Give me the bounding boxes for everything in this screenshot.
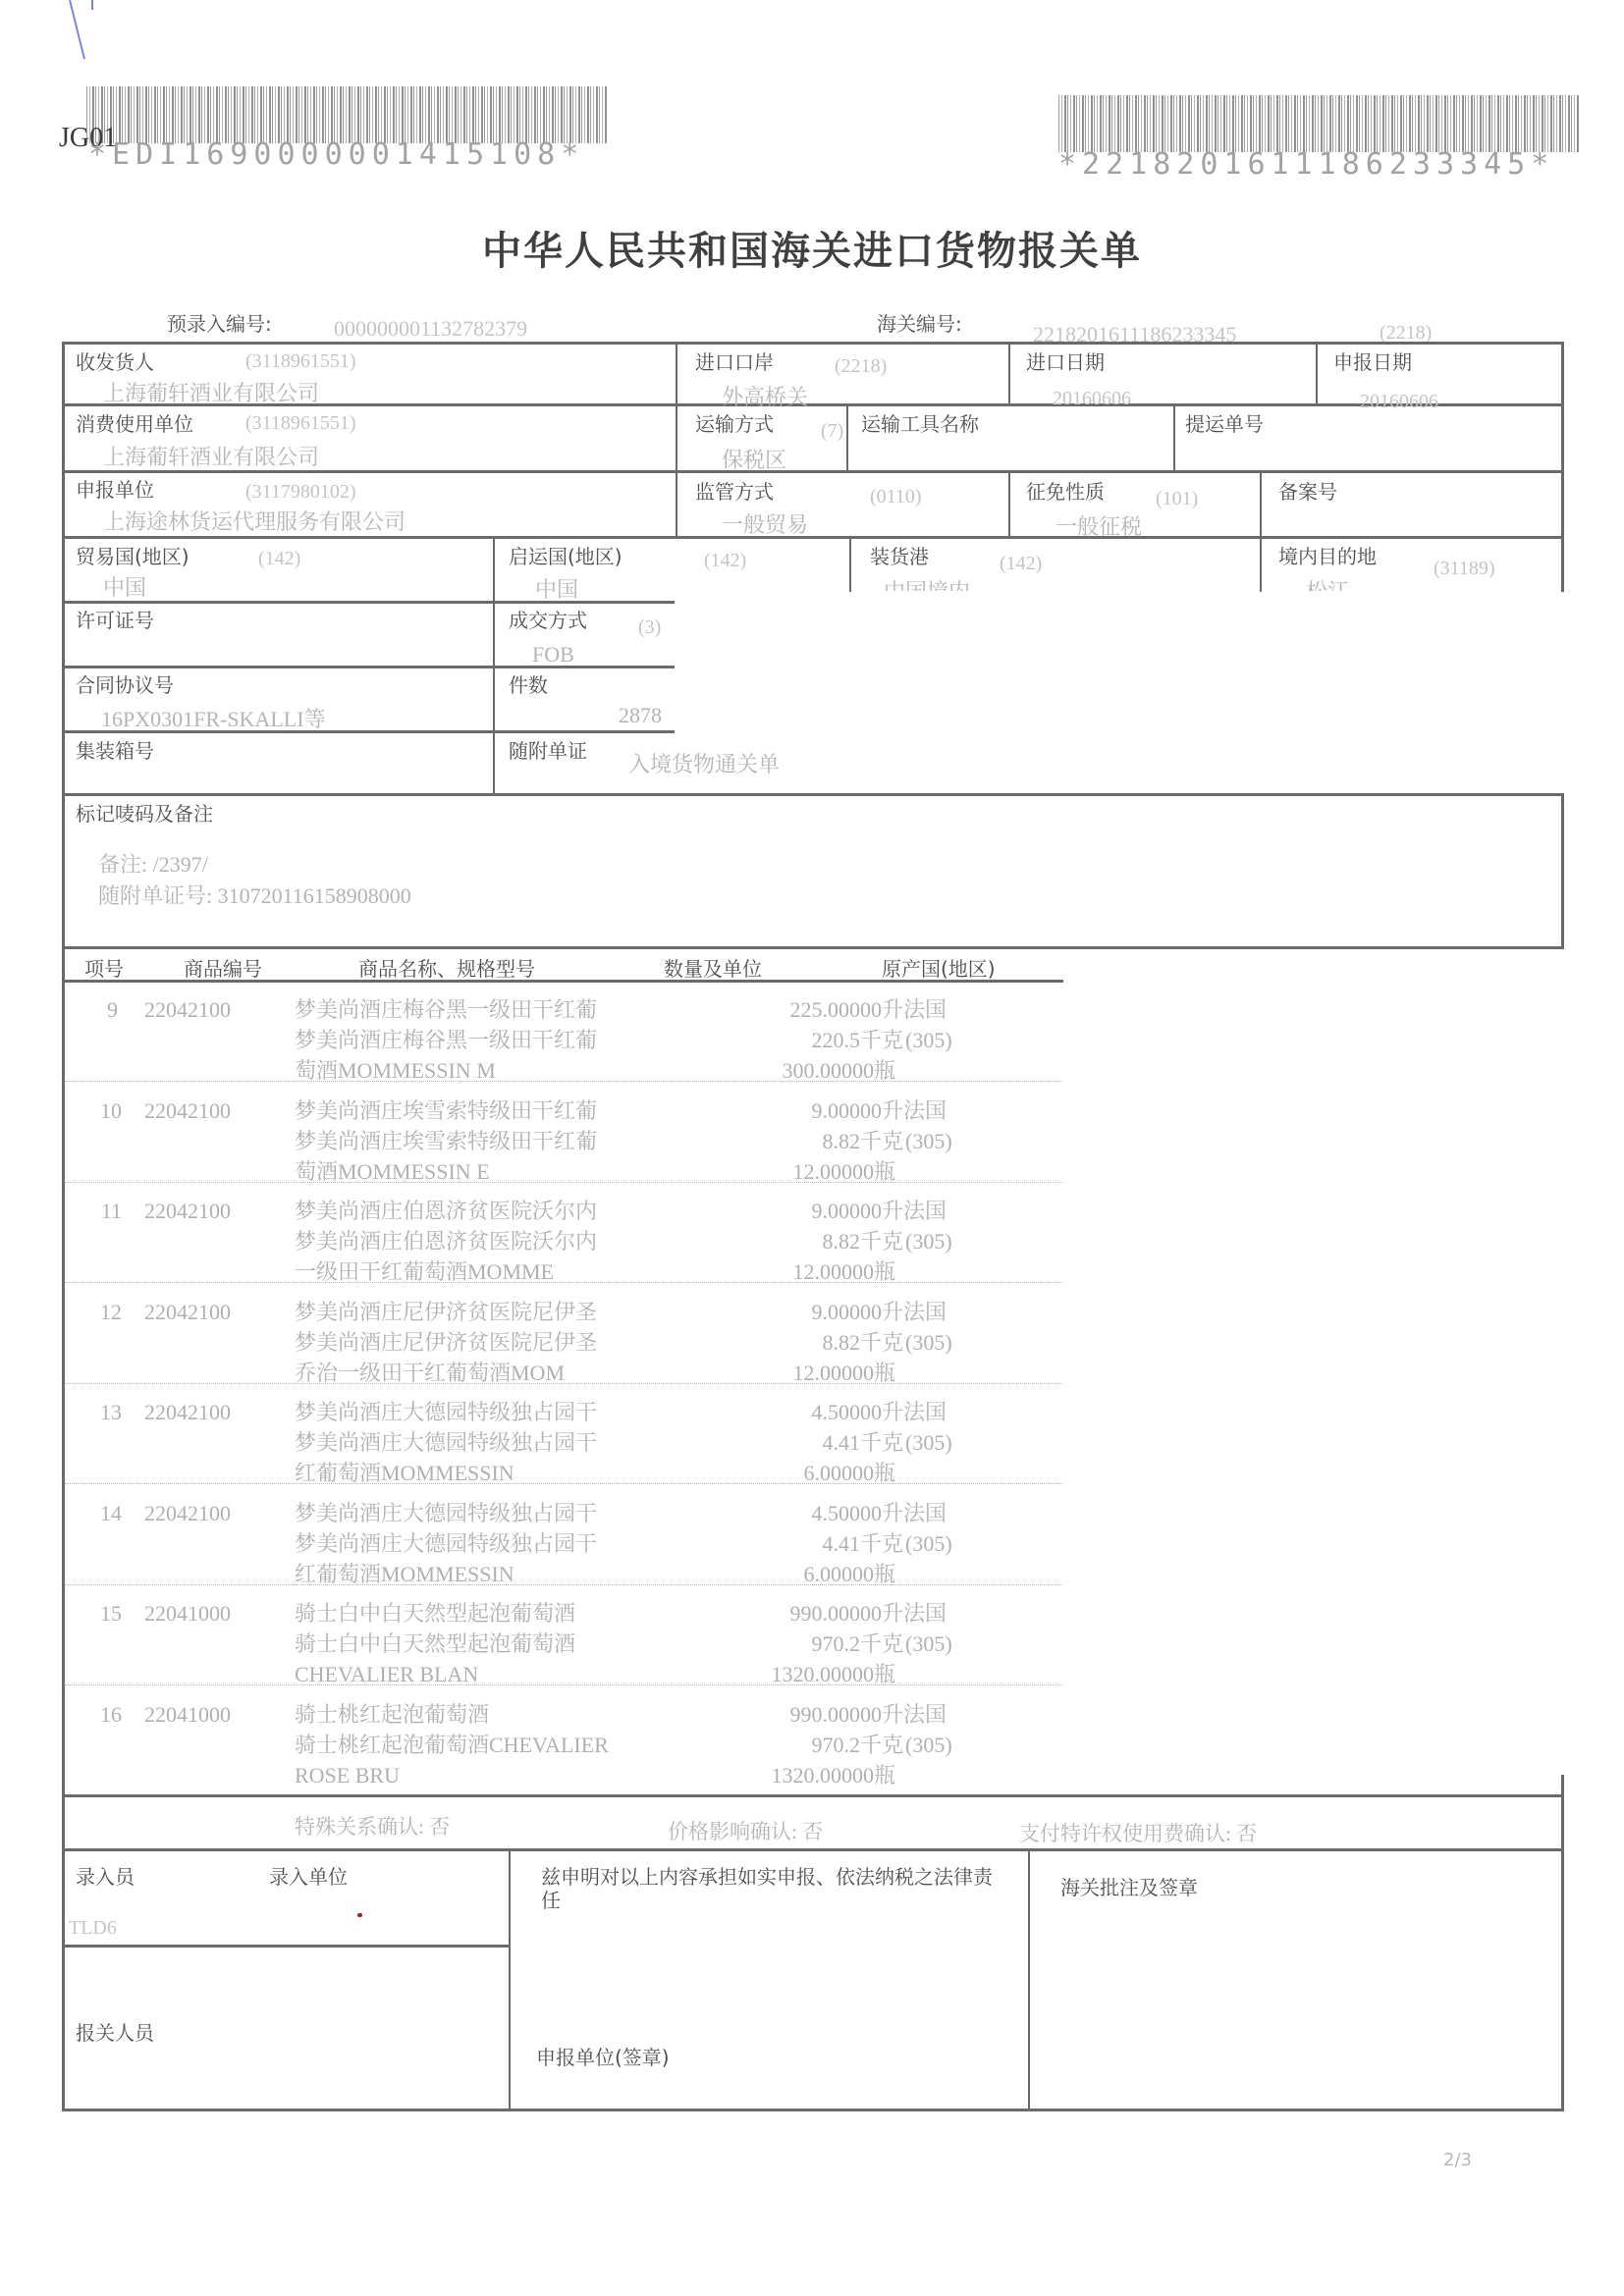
item-name-line: 梦美尚酒庄伯恩济贫医院沃尔内 — [295, 1226, 597, 1256]
destination-label: 境内目的地 — [1278, 541, 1377, 569]
item-origin: 法国 — [903, 1196, 947, 1226]
table-row: 1022042100梦美尚酒庄埃雪索特级田干红葡梦美尚酒庄埃雪索特级田干红葡萄酒… — [0, 1095, 1624, 1194]
item-quantity: 4.41千克 — [822, 1528, 903, 1559]
row-separator — [65, 1483, 1062, 1484]
item-name-line: 梦美尚酒庄尼伊济贫医院尼伊圣 — [295, 1297, 597, 1327]
barcode-right — [1058, 95, 1579, 152]
loading-port-code: (142) — [1000, 553, 1042, 575]
item-quantity: 225.00000升 — [789, 994, 903, 1025]
loading-port-value-clip: 中国境内 — [884, 579, 1080, 591]
item-hs-code: 22042100 — [144, 1095, 231, 1126]
pre-entry-value: 000000001132782379 — [334, 316, 527, 342]
item-origin: 法国 — [903, 1397, 947, 1427]
item-hs-code: 22042100 — [144, 1196, 231, 1226]
packages-value: 2878 — [619, 703, 662, 727]
page-number: 2/3 — [1443, 2150, 1472, 2170]
table-row: 1622041000骑士桃红起泡葡萄酒骑士桃红起泡葡萄酒CHEVALIERROS… — [0, 1699, 1624, 1797]
license-no-label: 许可证号 — [76, 605, 154, 633]
item-origin: (305) — [905, 1025, 952, 1055]
customs-no-label: 海关编号: — [877, 308, 962, 337]
item-name-line: 梦美尚酒庄梅谷黑一级田干红葡 — [295, 994, 597, 1025]
border-right-top — [1561, 342, 1564, 592]
consignee-label: 收发货人 — [76, 347, 154, 375]
item-quantity: 970.2千克 — [811, 1629, 903, 1659]
container-no-label: 集装箱号 — [76, 735, 154, 764]
row-separator — [65, 1182, 1062, 1183]
row-separator — [65, 1584, 1062, 1585]
item-origin: (305) — [905, 1226, 952, 1256]
declarant-code: (3117980102) — [245, 481, 356, 504]
packages-value-clip: 2878 — [619, 703, 675, 730]
import-port-value: 外高桥关 — [722, 381, 808, 411]
loading-port-value: 中国境内 — [884, 579, 970, 591]
item-no: 13 — [82, 1397, 122, 1427]
customs-approval-label: 海关批注及签章 — [1060, 1872, 1198, 1900]
consumer-code: (3118961551) — [245, 412, 356, 435]
item-quantity: 970.2千克 — [811, 1730, 903, 1760]
item-name-line: 梦美尚酒庄梅谷黑一级田干红葡 — [295, 1025, 597, 1055]
transport-mode-label: 运输方式 — [695, 408, 774, 437]
rule — [62, 601, 675, 604]
consignee-value: 上海葡轩酒业有限公司 — [103, 377, 319, 407]
rule — [1316, 342, 1318, 403]
declarant-label: 申报单位 — [76, 474, 154, 503]
item-quantity: 990.00000升 — [789, 1598, 903, 1629]
item-name-line: 梦美尚酒庄大德园特级独占园干 — [295, 1498, 597, 1528]
item-hs-code: 22042100 — [144, 994, 231, 1025]
item-no: 14 — [82, 1498, 122, 1528]
trade-country-code: (142) — [258, 548, 300, 570]
item-hs-code: 22042100 — [144, 1397, 231, 1427]
import-date-label: 进口日期 — [1026, 347, 1105, 375]
item-name-line: 梦美尚酒庄大德园特级独占园干 — [295, 1397, 597, 1427]
rule — [62, 793, 1564, 796]
price-influence-confirm: 价格影响确认: 否 — [668, 1816, 823, 1845]
rule — [62, 946, 1564, 949]
import-port-label: 进口口岸 — [695, 347, 774, 375]
row-separator — [65, 1081, 1062, 1082]
destination-value-clip: 松江 — [1306, 579, 1424, 591]
item-name-line: 骑士白中白天然型起泡葡萄酒 — [295, 1629, 575, 1659]
item-quantity: 4.50000升 — [811, 1498, 903, 1528]
vehicle-name-label: 运输工具名称 — [861, 408, 979, 437]
item-quantity: 8.82千克 — [822, 1126, 903, 1156]
loading-port-label: 装货港 — [870, 541, 929, 569]
destination-value: 松江 — [1306, 579, 1349, 591]
rule — [676, 342, 677, 536]
item-origin: (305) — [905, 1327, 952, 1358]
item-hs-code: 22041000 — [144, 1598, 231, 1629]
item-name-line: 骑士桃红起泡葡萄酒CHEVALIER — [295, 1730, 609, 1760]
col-header-name: 商品名称、规格型号 — [358, 953, 535, 982]
col-header-origin: 原产国(地区) — [882, 953, 996, 982]
item-origin: (305) — [905, 1427, 952, 1458]
item-origin: (305) — [905, 1126, 952, 1156]
special-relation-confirm: 特殊关系确认: 否 — [295, 1811, 450, 1841]
rule — [846, 403, 848, 470]
item-no: 10 — [82, 1095, 122, 1126]
item-quantity: 990.00000升 — [789, 1699, 903, 1730]
item-quantity: 8.82千克 — [822, 1327, 903, 1358]
declarant-seal-label: 申报单位(签章) — [536, 2042, 670, 2070]
item-no: 16 — [82, 1699, 122, 1730]
item-name-line: 梦美尚酒庄埃雪索特级田干红葡 — [295, 1095, 597, 1126]
item-quantity: 1320.00000瓶 — [771, 1760, 895, 1790]
rule — [849, 536, 851, 592]
table-row: 1222042100梦美尚酒庄尼伊济贫医院尼伊圣梦美尚酒庄尼伊济贫医院尼伊圣乔治… — [0, 1297, 1624, 1395]
item-hs-code: 22042100 — [144, 1498, 231, 1528]
broker-label: 报关人员 — [76, 2017, 154, 2046]
item-quantity: 4.50000升 — [811, 1397, 903, 1427]
table-row: 1322042100梦美尚酒庄大德园特级独占园干梦美尚酒庄大德园特级独占园干红葡… — [0, 1397, 1624, 1495]
pen-mark — [91, 0, 93, 10]
rule — [1008, 342, 1010, 403]
declare-date-value: 20160606 — [1360, 391, 1438, 413]
entry-clerk-value: TLD6 — [69, 1917, 117, 1940]
supervision-code: (0110) — [870, 486, 922, 508]
item-quantity: 9.00000升 — [811, 1196, 903, 1226]
item-origin: (305) — [905, 1629, 952, 1659]
contract-no-label: 合同协议号 — [76, 669, 174, 698]
item-quantity: 9.00000升 — [811, 1095, 903, 1126]
supervision-label: 监管方式 — [695, 476, 774, 505]
consignee-code: (3118961551) — [245, 350, 356, 373]
col-header-hs: 商品编号 — [184, 953, 262, 982]
item-name-line: 骑士白中白天然型起泡葡萄酒 — [295, 1598, 575, 1629]
rule — [509, 1848, 511, 2109]
rule — [62, 666, 675, 668]
barcode-left — [86, 86, 607, 143]
item-no: 11 — [82, 1196, 122, 1226]
rule — [62, 342, 1564, 345]
item-hs-code: 22042100 — [144, 1297, 231, 1327]
declarant-value: 上海途林货运代理服务有限公司 — [103, 506, 406, 536]
consumer-value: 上海葡轩酒业有限公司 — [103, 441, 319, 471]
pen-mark — [69, 0, 85, 59]
document-title: 中华人民共和国海关进口货物报关单 — [0, 220, 1624, 276]
barcode-left-text: *EDI1690000001415108* — [88, 137, 584, 172]
departure-country-value: 中国 — [535, 573, 578, 604]
rule — [493, 536, 495, 793]
item-origin: 法国 — [903, 1598, 947, 1629]
item-no: 15 — [82, 1598, 122, 1629]
import-port-code: (2218) — [835, 355, 887, 378]
table-row: 1122042100梦美尚酒庄伯恩济贫医院沃尔内梦美尚酒庄伯恩济贫医院沃尔内一级… — [0, 1196, 1624, 1294]
rule — [1028, 1848, 1030, 2109]
item-origin: (305) — [905, 1730, 952, 1760]
pre-entry-label: 预录入编号: — [167, 308, 272, 337]
record-no-label: 备案号 — [1278, 476, 1337, 505]
remarks-line1: 备注: /2397/ — [98, 848, 208, 879]
rule — [62, 536, 1564, 539]
item-quantity: 9.00000升 — [811, 1297, 903, 1327]
row-separator — [65, 1684, 1062, 1685]
consumer-label: 消费使用单位 — [76, 408, 193, 437]
item-name-line: 梦美尚酒庄伯恩济贫医院沃尔内 — [295, 1196, 597, 1226]
rule — [1260, 470, 1262, 536]
item-origin: (305) — [905, 1528, 952, 1559]
item-quantity: 220.5千克 — [811, 1025, 903, 1055]
item-quantity: 8.82千克 — [822, 1226, 903, 1256]
deal-mode-label: 成交方式 — [509, 605, 587, 633]
item-origin: 法国 — [903, 1498, 947, 1528]
item-origin: 法国 — [903, 994, 947, 1025]
bill-no-label: 提运单号 — [1185, 408, 1264, 437]
barcode-right-text: *2218201611186233345* — [1058, 147, 1554, 182]
rule — [62, 2109, 1564, 2111]
remarks-label: 标记唛码及备注 — [76, 798, 213, 827]
deal-mode-code: (3) — [638, 616, 661, 639]
rule — [62, 1945, 509, 1948]
item-origin: 法国 — [903, 1095, 947, 1126]
attached-docs-value: 入境货物通关单 — [628, 748, 780, 778]
departure-country-code: (142) — [704, 550, 746, 572]
supervision-value: 一般贸易 — [722, 508, 808, 539]
col-header-qty: 数量及单位 — [664, 953, 762, 982]
rule — [1260, 536, 1262, 592]
import-date-value: 20160606 — [1053, 388, 1131, 410]
remarks-line2: 随附单证号: 310720116158908000 — [98, 880, 411, 910]
item-name-line: 梦美尚酒庄尼伊济贫医院尼伊圣 — [295, 1327, 597, 1358]
item-name-line: 骑士桃红起泡葡萄酒 — [295, 1699, 489, 1730]
trade-country-value: 中国 — [103, 571, 146, 602]
deal-mode-value: FOB — [532, 642, 574, 667]
table-row: 1422042100梦美尚酒庄大德园特级独占园干梦美尚酒庄大德园特级独占园干红葡… — [0, 1498, 1624, 1596]
table-row: 1522041000骑士白中白天然型起泡葡萄酒骑士白中白天然型起泡葡萄酒CHEV… — [0, 1598, 1624, 1696]
rule — [1008, 470, 1010, 536]
item-quantity: 4.41千克 — [822, 1427, 903, 1458]
item-origin: 法国 — [903, 1297, 947, 1327]
destination-code: (31189) — [1434, 558, 1495, 580]
attached-docs-label: 随附单证 — [509, 735, 587, 764]
red-ink-dot — [357, 1913, 362, 1917]
tax-nature-label: 征免性质 — [1026, 476, 1105, 505]
transport-mode-code: (7) — [821, 420, 843, 443]
item-hs-code: 22041000 — [144, 1699, 231, 1730]
col-header-no: 项号 — [84, 953, 124, 982]
item-no: 9 — [82, 994, 118, 1025]
declare-date-label: 申报日期 — [1333, 347, 1412, 375]
trade-country-label: 贸易国(地区) — [76, 541, 189, 569]
row-separator — [65, 1282, 1062, 1283]
item-no: 12 — [82, 1297, 122, 1327]
rule — [1173, 403, 1175, 470]
item-name-line: 梦美尚酒庄埃雪索特级田干红葡 — [295, 1126, 597, 1156]
tax-nature-code: (101) — [1156, 488, 1198, 510]
border-right-bottom — [1561, 1775, 1564, 2110]
transport-mode-value: 保税区 — [722, 444, 786, 474]
border-right-mid — [1561, 795, 1564, 947]
entry-unit-label: 录入单位 — [269, 1861, 348, 1890]
entry-clerk-label: 录入员 — [76, 1861, 135, 1890]
item-origin: 法国 — [903, 1699, 947, 1730]
item-name-line: ROSE BRU — [295, 1760, 400, 1790]
royalty-confirm: 支付特许权使用费确认: 否 — [1019, 1818, 1257, 1847]
departure-country-label: 启运国(地区) — [509, 541, 623, 569]
rule — [62, 1848, 1564, 1851]
row-separator — [65, 1383, 1062, 1384]
table-row: 922042100梦美尚酒庄梅谷黑一级田干红葡梦美尚酒庄梅谷黑一级田干红葡萄酒M… — [0, 994, 1624, 1093]
item-name-line: 梦美尚酒庄大德园特级独占园干 — [295, 1528, 597, 1559]
packages-label: 件数 — [509, 669, 548, 698]
declaration-text: 兹申明对以上内容承担如实申报、依法纳税之法律责任 — [541, 1865, 993, 1912]
tax-nature-value: 一般征税 — [1056, 510, 1142, 541]
item-name-line: 梦美尚酒庄大德园特级独占园干 — [295, 1427, 597, 1458]
contract-no-value: 16PX0301FR-SKALLI等 — [101, 703, 326, 733]
